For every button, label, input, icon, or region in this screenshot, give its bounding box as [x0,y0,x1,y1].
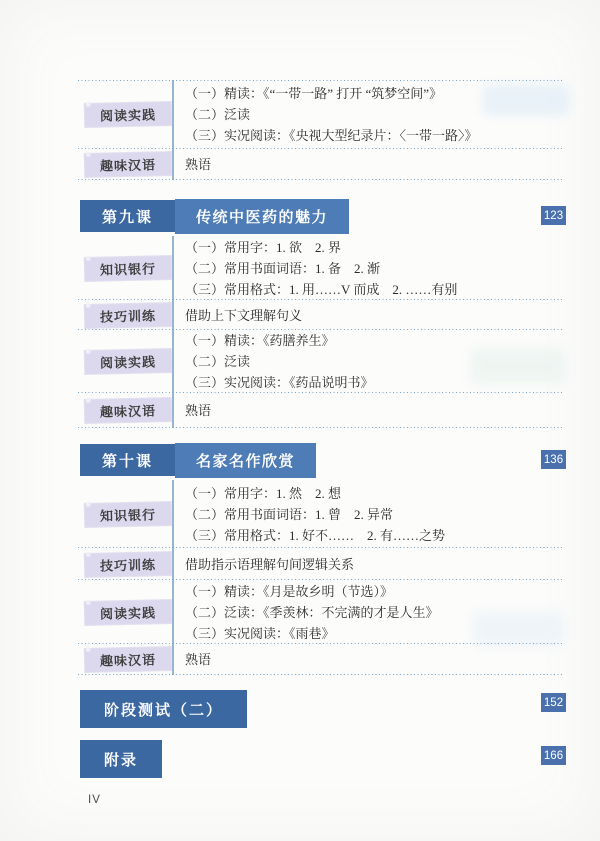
row-label-cell: 趣味汉语 [78,644,172,675]
row-label-tag: 技巧训练 [85,552,171,577]
row-content: 借助上下文理解句义 [172,300,564,330]
lesson-header: 第十课 名家名作欣赏 136 [78,443,564,477]
row-content: （一）精读：《药膳养生》 （二）泛读 （三）实况阅读：《药品说明书》 [172,330,564,393]
toc-row-fun-chinese: 趣味汉语 熟语 [78,644,564,675]
page-number-badge: 152 [541,693,566,712]
content-line: （二）泛读：《季羡林：不完满的才是人生》 [185,602,564,623]
row-content: （一）常用字：1. 然 2. 想 （二）常用书面词语：1. 曾 2. 异常 （三… [172,480,564,548]
lesson-9-section: 第九课 传统中医药的魅力 123 知识银行 （一）常用字：1. 欲 2. 界 （… [78,199,564,428]
content-line: （三）常用格式：1. 用……V 而成 2. ……有别 [185,279,564,300]
row-content: 借助指示语理解句间逻辑关系 [172,548,564,580]
lesson-header: 第九课 传统中医药的魅力 123 [78,199,564,233]
row-label-tag: 技巧训练 [85,303,171,328]
toc-row-knowledge-bank: 知识银行 （一）常用字：1. 欲 2. 界 （二）常用书面词语：1. 备 2. … [78,236,564,300]
row-label-tag: 趣味汉语 [85,152,171,177]
row-label: 技巧训练 [100,554,156,574]
content-line: （一）精读：《“一带一路” 打开 “筑梦空间”》 [185,83,564,104]
row-content: 熟语 [172,393,564,428]
toc-row-knowledge-bank: 知识银行 （一）常用字：1. 然 2. 想 （二）常用书面词语：1. 曾 2. … [78,480,564,548]
toc-row-fun-chinese: 趣味汉语 熟语 [78,149,564,180]
lesson-rows: 知识银行 （一）常用字：1. 欲 2. 界 （二）常用书面词语：1. 备 2. … [78,236,564,428]
content-line: （三）常用格式：1. 好不…… 2. 有……之势 [185,525,564,546]
row-content: （一）常用字：1. 欲 2. 界 （二）常用书面词语：1. 备 2. 渐 （三）… [172,236,564,300]
content-line: （一）精读：《月是故乡明（节选）》 [185,581,564,602]
toc-row-reading-practice: 阅读实践 （一）精读：《月是故乡明（节选）》 （二）泛读：《季羡林：不完满的才是… [78,580,564,644]
row-label: 阅读实践 [100,351,156,371]
row-label: 阅读实践 [100,104,156,124]
row-label: 趣味汉语 [100,400,156,420]
content-line: （三）实况阅读：《央视大型纪录片：〈一带一路〉》 [185,125,564,146]
row-label-cell: 阅读实践 [78,580,172,644]
content-line: 熟语 [185,154,564,175]
row-label-cell: 技巧训练 [78,548,172,580]
row-content: 熟语 [172,644,564,675]
row-label-tag: 知识银行 [85,256,171,281]
row-label-tag: 阅读实践 [85,102,171,127]
content-line: （一）精读：《药膳养生》 [185,330,564,351]
content-line: （二）泛读 [185,104,564,125]
lesson-number-box: 第十课 [80,444,175,476]
toc-row-skill-training: 技巧训练 借助指示语理解句间逻辑关系 [78,548,564,580]
page-footer-number: IV [88,794,101,806]
row-label-cell: 趣味汉语 [78,149,172,180]
content-line: 借助上下文理解句义 [185,305,564,326]
toc-row-skill-training: 技巧训练 借助上下文理解句义 [78,300,564,330]
page-number-badge: 136 [541,450,566,469]
row-label: 趣味汉语 [100,154,156,174]
toc-row-fun-chinese: 趣味汉语 熟语 [78,393,564,428]
content-line: （二）泛读 [185,351,564,372]
row-label-cell: 知识银行 [78,480,172,548]
appendix-title-box: 附录 [80,740,162,778]
content-line: （二）常用书面词语：1. 备 2. 渐 [185,258,564,279]
toc-continued-section: 阅读实践 （一）精读：《“一带一路” 打开 “筑梦空间”》 （二）泛读 （三）实… [78,80,564,180]
page-number-badge: 123 [541,206,566,225]
row-content: （一）精读：《月是故乡明（节选）》 （二）泛读：《季羡林：不完满的才是人生》 （… [172,580,564,644]
row-label: 知识银行 [100,258,156,278]
content-line: （三）实况阅读：《药品说明书》 [185,372,564,393]
appendix-section: 附录 166 [78,740,564,778]
lesson-title-box: 名家名作欣赏 [175,443,316,478]
stage-test-section: 阶段测试（二） 152 [78,690,564,728]
row-label-tag: 知识银行 [85,502,171,527]
content-line: 借助指示语理解句间逻辑关系 [185,554,564,575]
page-number-badge: 166 [541,746,566,765]
row-label-tag: 趣味汉语 [85,647,171,672]
row-label-tag: 趣味汉语 [85,398,171,423]
row-label-cell: 阅读实践 [78,330,172,393]
row-content: 熟语 [172,149,564,180]
scanned-toc-page: 阅读实践 （一）精读：《“一带一路” 打开 “筑梦空间”》 （二）泛读 （三）实… [0,0,600,841]
stage-test-title-box: 阶段测试（二） [80,690,247,728]
lesson-title-box: 传统中医药的魅力 [175,199,349,234]
toc-row-reading-practice: 阅读实践 （一）精读：《药膳养生》 （二）泛读 （三）实况阅读：《药品说明书》 [78,330,564,393]
lesson-10-section: 第十课 名家名作欣赏 136 知识银行 （一）常用字：1. 然 2. 想 （二）… [78,443,564,675]
row-label-tag: 阅读实践 [85,600,171,625]
row-label-cell: 阅读实践 [78,80,172,149]
row-label: 阅读实践 [100,602,156,622]
row-label-tag: 阅读实践 [85,349,171,374]
row-label-cell: 知识银行 [78,236,172,300]
toc-row-reading-practice: 阅读实践 （一）精读：《“一带一路” 打开 “筑梦空间”》 （二）泛读 （三）实… [78,80,564,149]
row-label-cell: 技巧训练 [78,300,172,330]
content-line: （三）实况阅读：《雨巷》 [185,623,564,644]
lesson-rows: 知识银行 （一）常用字：1. 然 2. 想 （二）常用书面词语：1. 曾 2. … [78,480,564,675]
row-label: 技巧训练 [100,305,156,325]
content-line: 熟语 [185,649,564,670]
row-label-cell: 趣味汉语 [78,393,172,428]
content-line: （一）常用字：1. 然 2. 想 [185,483,564,504]
content-line: （二）常用书面词语：1. 曾 2. 异常 [185,504,564,525]
row-label: 知识银行 [100,504,156,524]
content-line: （一）常用字：1. 欲 2. 界 [185,237,564,258]
content-line: 熟语 [185,400,564,421]
lesson-number-box: 第九课 [80,200,175,232]
row-label: 趣味汉语 [100,649,156,669]
row-content: （一）精读：《“一带一路” 打开 “筑梦空间”》 （二）泛读 （三）实况阅读：《… [172,80,564,149]
